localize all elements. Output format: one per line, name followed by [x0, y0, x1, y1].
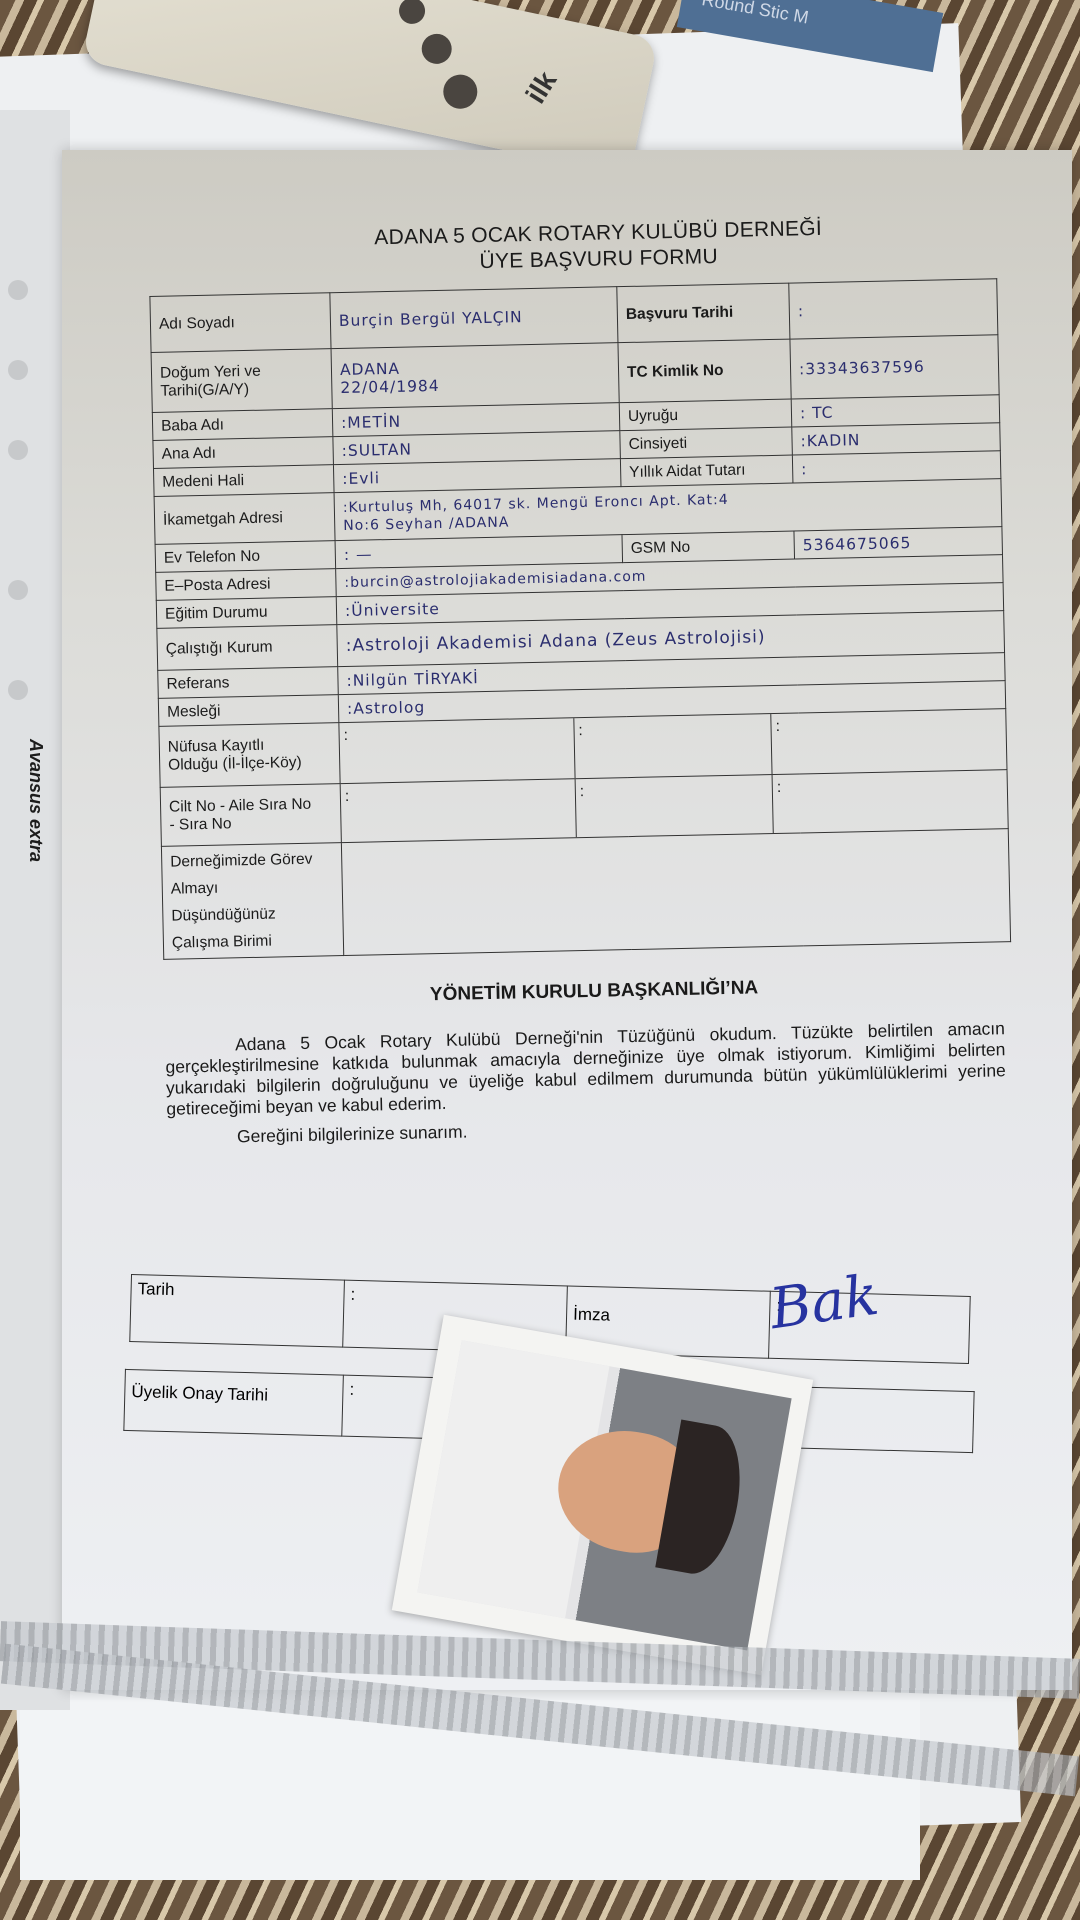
name-label: Adı Soyadı: [150, 293, 331, 353]
registry-label-line2: Olduğu (İl-İlçe-Köy): [168, 753, 331, 774]
application-date-label: Başvuru Tarihi: [617, 283, 790, 343]
punch-hole: [8, 680, 28, 700]
reference-label: Referans: [158, 667, 339, 699]
declaration-title: YÖNETİM KURULU BAŞKANLIĞI’NA: [164, 972, 1024, 1012]
date-label: Tarih: [130, 1275, 345, 1348]
application-date-field[interactable]: :: [789, 279, 998, 339]
duty-label-line4: Çalışma Birimi: [172, 926, 336, 956]
registry-village-field[interactable]: :: [771, 709, 1006, 774]
gsm-field[interactable]: 5364675065: [794, 527, 1003, 559]
email-label: E–Posta Adresi: [156, 569, 337, 601]
marital-label: Medeni Hali: [153, 465, 334, 497]
name-field[interactable]: Burçin Bergül YALÇIN: [330, 287, 618, 349]
table-row: Derneğimizde Görev Almayı Düşündüğünüz Ç…: [161, 829, 1010, 960]
family-no-field[interactable]: :: [575, 775, 773, 837]
tc-label: TC Kimlik No: [618, 339, 791, 403]
volume-label: Cilt No - Aile Sıra No - Sıra No: [160, 784, 341, 847]
duty-field[interactable]: [341, 829, 1010, 956]
registry-label: Nüfusa Kayıtlı Olduğu (İl-İlçe-Köy): [159, 723, 340, 788]
nationality-label: Uyruğu: [619, 399, 792, 431]
fee-label: Yıllık Aidat Tutarı: [620, 455, 793, 487]
birth-label: Doğum Yeri ve Tarihi(G/A/Y): [151, 349, 332, 413]
device-button: [419, 31, 455, 67]
volume-label-line2: - Sıra No: [169, 813, 332, 834]
sleeve-brand: Avansus extra: [25, 739, 46, 862]
punch-hole: [8, 440, 28, 460]
device-button: [440, 72, 480, 112]
nationality-field[interactable]: : TC: [791, 395, 1000, 427]
address-label: İkametgah Adresi: [154, 493, 335, 545]
photo-image: [417, 1340, 791, 1650]
duty-label-line2: Almayı: [171, 872, 335, 902]
home-phone-label: Ev Telefon No: [155, 541, 336, 573]
punch-hole: [8, 280, 28, 300]
device-button: [397, 0, 428, 26]
approval-date-label: Üyelik Onay Tarihi: [124, 1369, 344, 1436]
declaration-text: Adana 5 Ocak Rotary Kulübü Derneği'nin T…: [165, 1018, 1007, 1120]
registry-district-field[interactable]: :: [574, 714, 772, 778]
device-brand: ilk: [520, 66, 564, 109]
applicant-info-table: Adı Soyadı Burçin Bergül YALÇIN Başvuru …: [149, 278, 1011, 960]
volume-label-line1: Cilt No - Aile Sıra No: [169, 795, 332, 816]
gender-field[interactable]: :KADIN: [792, 423, 1001, 455]
father-label: Baba Adı: [152, 409, 333, 441]
mother-label: Ana Adı: [153, 437, 334, 469]
gender-label: Cinsiyeti: [620, 427, 793, 459]
applicant-photo: [392, 1315, 813, 1676]
sequence-no-field[interactable]: :: [773, 770, 1008, 833]
birth-label-line2: Tarihi(G/A/Y): [160, 379, 323, 400]
tc-field[interactable]: :33343637596: [790, 335, 999, 399]
punch-hole: [8, 580, 28, 600]
volume-no-field[interactable]: :: [341, 779, 577, 842]
education-label: Eğitim Durumu: [156, 597, 337, 629]
profession-label: Mesleği: [158, 695, 339, 727]
fee-field[interactable]: :: [792, 451, 1001, 483]
punch-hole: [8, 360, 28, 380]
gsm-label: GSM No: [622, 531, 795, 563]
workplace-label: Çalıştığı Kurum: [157, 625, 338, 671]
application-form: ADANA 5 OCAK ROTARY KULÜBÜ DERNEĞİ ÜYE B…: [148, 212, 1027, 1149]
sleeve-edge: [0, 110, 70, 1710]
registry-province-field[interactable]: :: [339, 718, 575, 783]
duty-label-line3: Düşündüğünüz: [171, 899, 335, 929]
duty-label-line1: Derneğimizde Görev: [170, 845, 334, 875]
duty-label: Derneğimizde Görev Almayı Düşündüğünüz Ç…: [161, 843, 343, 960]
birth-field[interactable]: ADANA 22/04/1984: [331, 343, 619, 409]
